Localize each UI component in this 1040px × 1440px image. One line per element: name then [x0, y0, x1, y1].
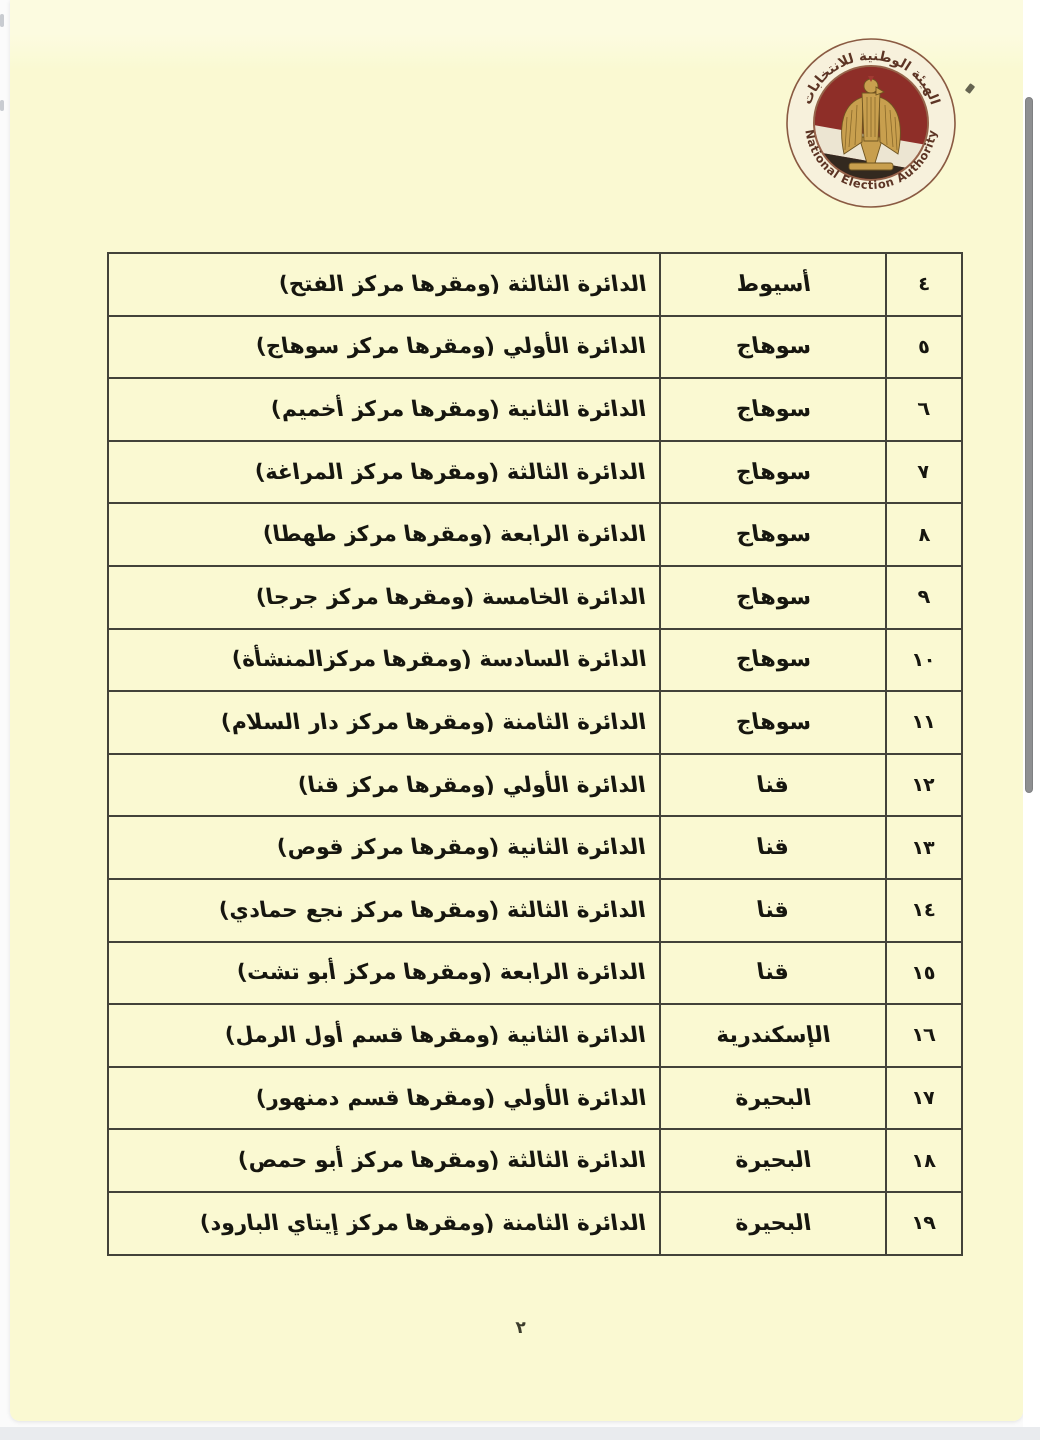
row-number-cell: ١٧ [886, 1067, 962, 1130]
governorate-cell-text: سوهاج [734, 647, 812, 672]
district-cell: الدائرة الثالثة (ومقرها مركز الفتح) [108, 253, 660, 316]
table-row: ١٧البحيرةالدائرة الأولي (ومقرها قسم دمنه… [108, 1067, 962, 1130]
row-number-cell-text: ٩ [917, 586, 932, 608]
district-cell: الدائرة الأولي (ومقرها قسم دمنهور) [108, 1067, 660, 1130]
table-row: ٩سوهاجالدائرة الخامسة (ومقرها مركز جرجا) [108, 566, 962, 629]
governorate-cell: الإسكندرية [660, 1004, 886, 1067]
district-cell-text: الدائرة الأولي (ومقرها مركز سوهاج) [254, 334, 647, 359]
district-cell: الدائرة الثانية (ومقرها مركز قوص) [108, 816, 660, 879]
governorate-cell-text: قنا [755, 835, 790, 860]
ink-speck [965, 83, 975, 94]
district-cell: الدائرة الثامنة (ومقرها مركز دار السلام) [108, 691, 660, 754]
district-cell-text: الدائرة الثالثة (ومقرها مركز أبو حمص) [236, 1148, 647, 1173]
governorate-cell: سوهاج [660, 316, 886, 379]
district-cell-text: الدائرة الرابعة (ومقرها مركز طهطا) [261, 522, 647, 547]
row-number-cell: ٤ [886, 253, 962, 316]
row-number-cell: ١٢ [886, 754, 962, 817]
row-number-cell: ١١ [886, 691, 962, 754]
district-table-body: ٤أسيوطالدائرة الثالثة (ومقرها مركز الفتح… [108, 253, 962, 1255]
row-number-cell-text: ١٩ [911, 1212, 937, 1234]
document-page: الهيئة الوطنية للانتخابات National Elect… [10, 0, 1023, 1421]
page-number: ٢ [496, 1318, 546, 1338]
district-cell-text: الدائرة الخامسة (ومقرها مركز جرجا) [255, 585, 648, 610]
governorate-cell: البحيرة [660, 1192, 886, 1255]
row-number-cell: ١٨ [886, 1129, 962, 1192]
row-number-cell-text: ٨ [917, 524, 932, 546]
district-cell: الدائرة الرابعة (ومقرها مركز طهطا) [108, 503, 660, 566]
table-row: ٨سوهاجالدائرة الرابعة (ومقرها مركز طهطا) [108, 503, 962, 566]
table-row: ٧سوهاجالدائرة الثالثة (ومقرها مركز المرا… [108, 441, 962, 504]
governorate-cell: سوهاج [660, 629, 886, 692]
governorate-cell-text: الإسكندرية [714, 1023, 832, 1048]
district-cell: الدائرة الثانية (ومقرها مركز أخميم) [108, 378, 660, 441]
table-row: ١٩البحيرةالدائرة الثامنة (ومقرها مركز إي… [108, 1192, 962, 1255]
governorate-cell-text: سوهاج [734, 710, 812, 735]
row-number-cell-text: ١٢ [911, 774, 937, 796]
table-row: ١٣قناالدائرة الثانية (ومقرها مركز قوص) [108, 816, 962, 879]
table-row: ١١سوهاجالدائرة الثامنة (ومقرها مركز دار … [108, 691, 962, 754]
row-number-cell-text: ١٧ [911, 1087, 937, 1109]
governorate-cell-text: أسيوط [734, 272, 812, 297]
district-cell: الدائرة الثامنة (ومقرها مركز إيتاي البار… [108, 1192, 660, 1255]
governorate-cell: قنا [660, 754, 886, 817]
row-number-cell: ٨ [886, 503, 962, 566]
district-cell-text: الدائرة الثالثة (ومقرها مركز نجع حمادي) [218, 898, 648, 923]
district-cell: الدائرة الأولي (ومقرها مركز سوهاج) [108, 316, 660, 379]
row-number-cell: ١٥ [886, 942, 962, 1005]
table-row: ١٥قناالدائرة الرابعة (ومقرها مركز أبو تش… [108, 942, 962, 1005]
table-row: ٤أسيوطالدائرة الثالثة (ومقرها مركز الفتح… [108, 253, 962, 316]
row-number-cell: ١٣ [886, 816, 962, 879]
governorate-cell: سوهاج [660, 566, 886, 629]
district-cell-text: الدائرة الثالثة (ومقرها مركز المراغة) [254, 460, 648, 485]
left-edge-mark [0, 14, 4, 27]
district-cell-text: الدائرة الرابعة (ومقرها مركز أبو تشت) [236, 960, 648, 985]
governorate-cell: قنا [660, 942, 886, 1005]
governorate-cell: قنا [660, 816, 886, 879]
district-cell: الدائرة الثانية (ومقرها قسم أول الرمل) [108, 1004, 660, 1067]
row-number-cell-text: ١٨ [911, 1150, 937, 1172]
district-cell: الدائرة الثالثة (ومقرها مركز أبو حمص) [108, 1129, 660, 1192]
governorate-cell-text: سوهاج [734, 585, 812, 610]
table-row: ٦سوهاجالدائرة الثانية (ومقرها مركز أخميم… [108, 378, 962, 441]
table-row: ١٦الإسكندريةالدائرة الثانية (ومقرها قسم … [108, 1004, 962, 1067]
governorate-cell: سوهاج [660, 503, 886, 566]
district-cell: الدائرة الثالثة (ومقرها مركز المراغة) [108, 441, 660, 504]
governorate-cell-text: البحيرة [733, 1148, 813, 1173]
row-number-cell: ١٤ [886, 879, 962, 942]
governorate-cell-text: البحيرة [733, 1211, 813, 1236]
row-number-cell-text: ٦ [917, 398, 932, 420]
table-row: ١٢قناالدائرة الأولي (ومقرها مركز قنا) [108, 754, 962, 817]
district-cell: الدائرة الخامسة (ومقرها مركز جرجا) [108, 566, 660, 629]
governorate-cell-text: البحيرة [733, 1086, 813, 1111]
governorate-cell-text: سوهاج [734, 522, 812, 547]
governorate-cell-text: قنا [755, 898, 790, 923]
district-cell-text: الدائرة الأولي (ومقرها قسم دمنهور) [254, 1086, 648, 1111]
row-number-cell-text: ١٥ [911, 962, 937, 984]
districts-table-container: ٤أسيوطالدائرة الثالثة (ومقرها مركز الفتح… [107, 252, 963, 1256]
row-number-cell: ٧ [886, 441, 962, 504]
nea-seal-icon: الهيئة الوطنية للانتخابات National Elect… [782, 34, 960, 212]
district-cell-text: الدائرة الأولي (ومقرها مركز قنا) [297, 773, 648, 798]
scrollbar-track[interactable] [1023, 0, 1040, 1440]
row-number-cell-text: ١٦ [911, 1024, 937, 1046]
district-cell-text: الدائرة الثامنة (ومقرها مركز دار السلام) [219, 710, 648, 735]
district-cell: الدائرة الأولي (ومقرها مركز قنا) [108, 754, 660, 817]
governorate-cell: سوهاج [660, 378, 886, 441]
district-cell-text: الدائرة الثالثة (ومقرها مركز الفتح) [277, 272, 648, 297]
page-number-value: ٢ [514, 1318, 527, 1338]
district-cell-text: الدائرة الثانية (ومقرها مركز قوص) [276, 835, 648, 860]
district-cell-text: الدائرة الثانية (ومقرها مركز أخميم) [269, 397, 648, 422]
district-cell: الدائرة الرابعة (ومقرها مركز أبو تشت) [108, 942, 660, 1005]
table-row: ١٤قناالدائرة الثالثة (ومقرها مركز نجع حم… [108, 879, 962, 942]
governorate-cell-text: سوهاج [734, 334, 812, 359]
row-number-cell-text: ١١ [911, 711, 937, 733]
row-number-cell: ٩ [886, 566, 962, 629]
governorate-cell-text: سوهاج [734, 460, 812, 485]
row-number-cell-text: ٥ [917, 336, 932, 358]
governorate-cell: البحيرة [660, 1067, 886, 1130]
governorate-cell: البحيرة [660, 1129, 886, 1192]
row-number-cell-text: ٧ [917, 461, 932, 483]
row-number-cell-text: ١٤ [911, 899, 937, 921]
row-number-cell-text: ١٣ [911, 837, 937, 859]
row-number-cell: ٥ [886, 316, 962, 379]
district-cell: الدائرة الثالثة (ومقرها مركز نجع حمادي) [108, 879, 660, 942]
governorate-cell-text: قنا [755, 773, 790, 798]
row-number-cell-text: ١٠ [911, 649, 937, 671]
governorate-cell: أسيوط [660, 253, 886, 316]
governorate-cell-text: سوهاج [734, 397, 812, 422]
district-cell-text: الدائرة الثانية (ومقرها قسم أول الرمل) [224, 1023, 648, 1048]
governorate-cell: سوهاج [660, 691, 886, 754]
table-row: ٥سوهاجالدائرة الأولي (ومقرها مركز سوهاج) [108, 316, 962, 379]
left-edge-mark [0, 100, 4, 111]
district-cell-text: الدائرة السادسة (ومقرها مركزالمنشأة) [230, 647, 648, 672]
row-number-cell-text: ٤ [917, 273, 932, 295]
districts-table: ٤أسيوطالدائرة الثالثة (ومقرها مركز الفتح… [107, 252, 963, 1256]
scrollbar-thumb[interactable] [1025, 97, 1033, 793]
governorate-cell: قنا [660, 879, 886, 942]
row-number-cell: ١٩ [886, 1192, 962, 1255]
row-number-cell: ٦ [886, 378, 962, 441]
table-row: ١٨البحيرةالدائرة الثالثة (ومقرها مركز أب… [108, 1129, 962, 1192]
viewer-bottom-edge [0, 1427, 1040, 1440]
district-cell: الدائرة السادسة (ومقرها مركزالمنشأة) [108, 629, 660, 692]
nea-logo: الهيئة الوطنية للانتخابات National Elect… [782, 34, 960, 212]
district-cell-text: الدائرة الثامنة (ومقرها مركز إيتاي البار… [198, 1211, 648, 1236]
table-row: ١٠سوهاجالدائرة السادسة (ومقرها مركزالمنش… [108, 629, 962, 692]
governorate-cell: سوهاج [660, 441, 886, 504]
row-number-cell: ١٦ [886, 1004, 962, 1067]
row-number-cell: ١٠ [886, 629, 962, 692]
governorate-cell-text: قنا [755, 960, 790, 985]
